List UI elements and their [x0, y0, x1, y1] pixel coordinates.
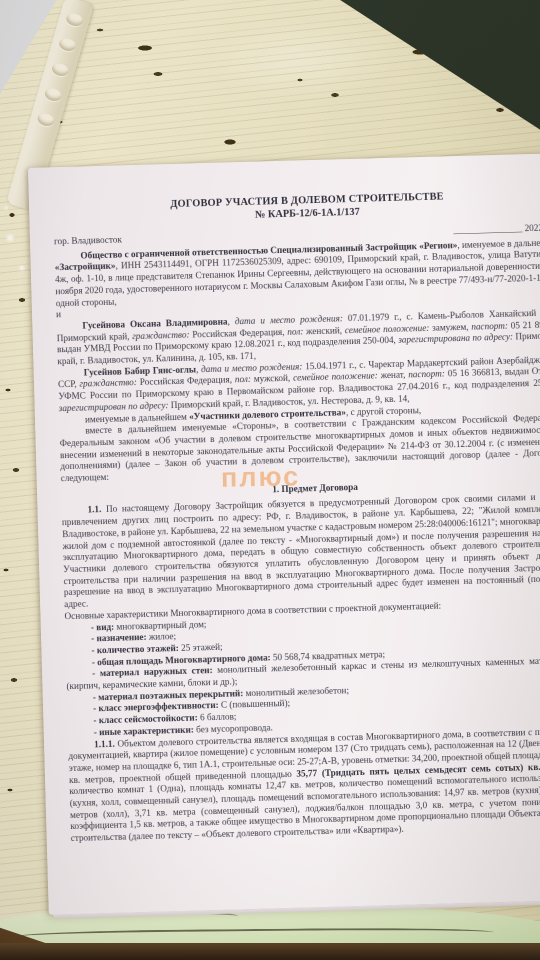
clause-1-1-1: 1.1.1. Объектом долевого строительства я…: [68, 725, 540, 844]
clause-1-1: 1.1. По настоящему Договору Застройщик о…: [61, 491, 540, 610]
binder-hole: [57, 37, 77, 53]
contract-page: ДОГОВОР УЧАСТИЯ В ДОЛЕВОМ СТРОИТЕЛЬСТВЕ …: [28, 153, 540, 915]
photo-canvas: ДОГОВОР УЧАСТИЯ В ДОЛЕВОМ СТРОИТЕЛЬСТВЕ …: [0, 0, 540, 960]
binder-hole: [64, 12, 84, 28]
binder-hole: [43, 87, 63, 103]
watermark-plus: плюс: [221, 461, 301, 493]
doc-city: гор. Владивосток: [54, 234, 122, 248]
doc-date-blank: _______________ 2022 года: [453, 222, 540, 237]
binder-hole: [36, 112, 56, 128]
contract-text: ДОГОВОР УЧАСТИЯ В ДОЛЕВОМ СТРОИТЕЛЬСТВЕ …: [28, 153, 540, 915]
binder-hole: [50, 62, 70, 78]
plastic-glare: [0, 190, 42, 320]
dark-wood-bottom: [0, 943, 540, 960]
